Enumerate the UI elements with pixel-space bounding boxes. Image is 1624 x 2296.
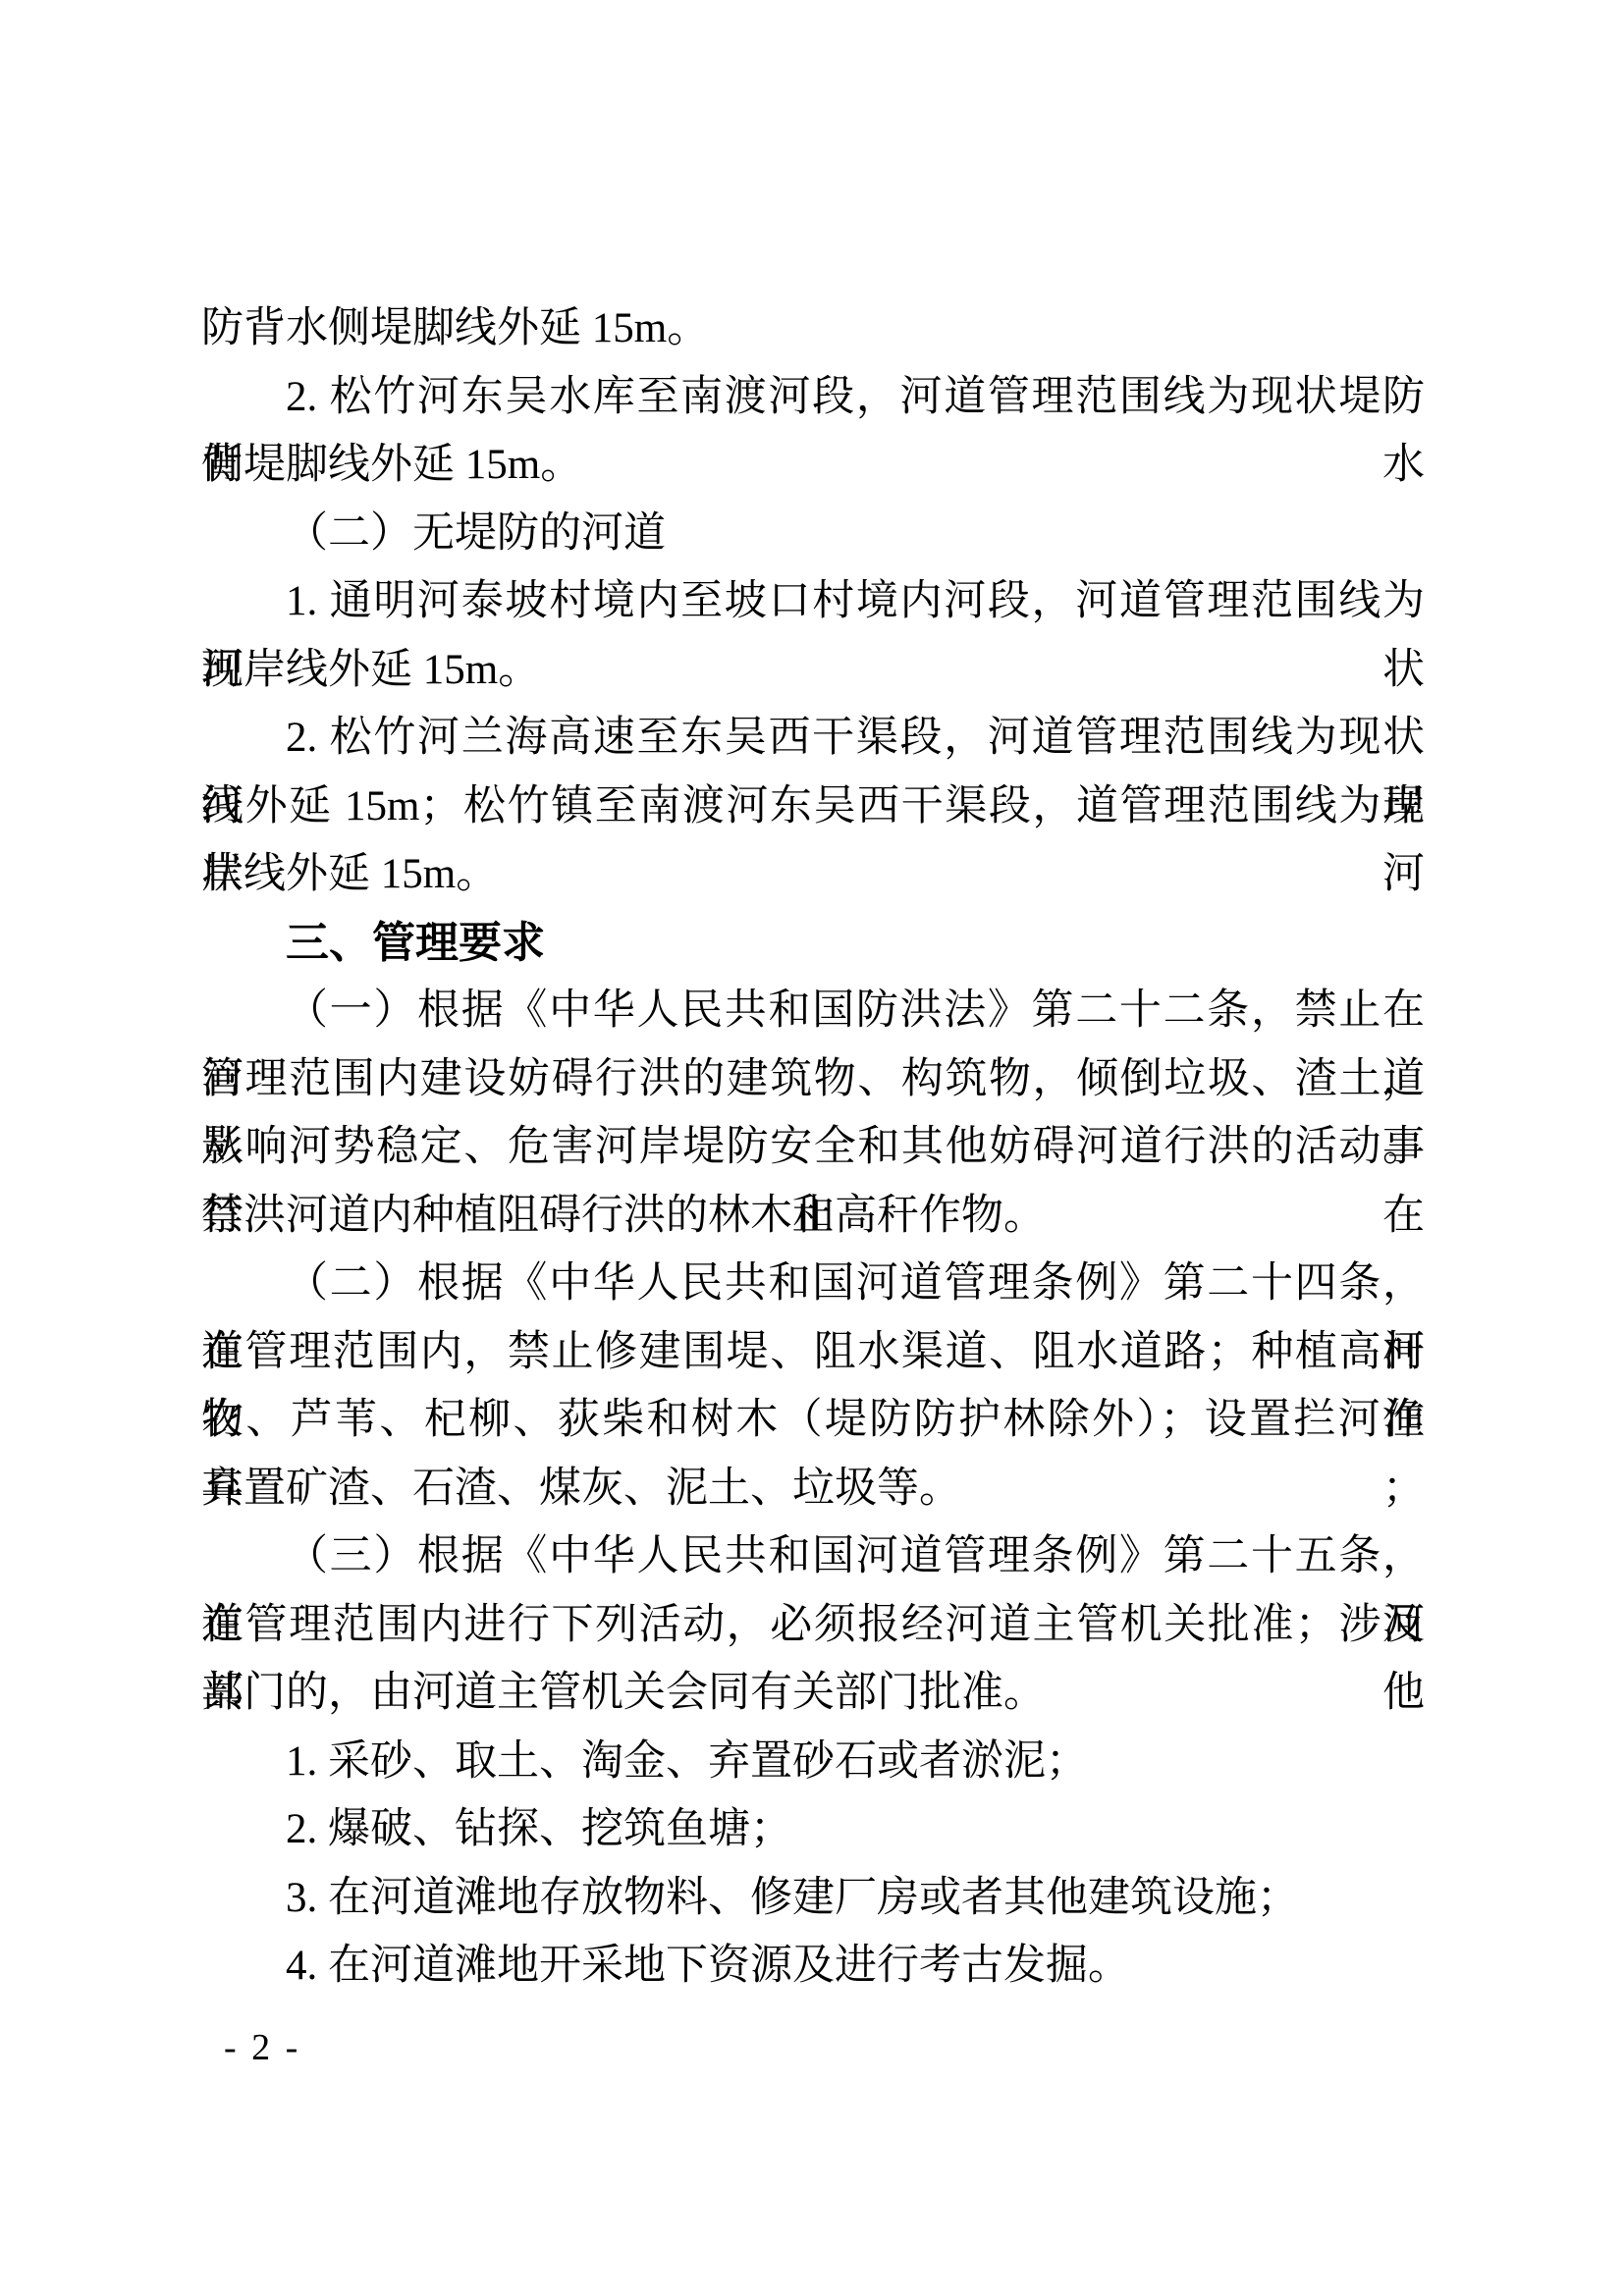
text-line: 3. 在河道滩地存放物料、修建厂房或者其他建筑设施； (201, 1864, 1425, 1933)
text-line: 道管理范围内，禁止修建围堤、阻水渠道、阻水道路；种植高杆农作 (201, 1318, 1425, 1387)
text-line: 防背水侧堤脚线外延 15m。 (201, 294, 1425, 363)
text-line: 道管理范围内进行下列活动，必须报经河道主管机关批准；涉及其他 (201, 1591, 1425, 1660)
text-line: 2. 松竹河东吴水库至南渡河段，河道管理范围线为现状堤防背水 (201, 363, 1425, 432)
text-line: （二）根据《中华人民共和国河道管理条例》第二十四条，在河 (201, 1250, 1425, 1318)
section-heading: 三、管理要求 (201, 909, 1425, 978)
text-line: （一）根据《中华人民共和国防洪法》第二十二条，禁止在河道 (201, 977, 1425, 1045)
document-page: 防背水侧堤脚线外延 15m。2. 松竹河东吴水库至南渡河段，河道管理范围线为现状… (0, 0, 1624, 2296)
page-number: - 2 - (224, 2024, 300, 2071)
text-line: 1. 采砂、取土、淘金、弃置砂石或者淤泥； (201, 1728, 1425, 1796)
text-line: （二）无堤防的河道 (201, 500, 1425, 568)
text-line: 2. 松竹河兰海高速至东吴西干渠段，河道管理范围线为现状河岸 (201, 704, 1425, 773)
document-body: 防背水侧堤脚线外延 15m。2. 松竹河东吴水库至南渡河段，河道管理范围线为现状… (201, 294, 1425, 2001)
text-line: 1. 通明河泰坡村境内至坡口村境内河段，河道管理范围线为现状 (201, 567, 1425, 636)
text-line: 2. 爆破、钻探、挖筑鱼塘； (201, 1795, 1425, 1864)
text-line: （三）根据《中华人民共和国河道管理条例》第二十五条，在河 (201, 1522, 1425, 1591)
text-line: 物、芦苇、杞柳、荻柴和树木（堤防防护林除外）；设置拦河渔具； (201, 1386, 1425, 1455)
text-line: 4. 在河道滩地开采地下资源及进行考古发掘。 (201, 1932, 1425, 2001)
text-line: 线外延 15m；松竹镇至南渡河东吴西干渠段，道管理范围线为现状河 (201, 773, 1425, 841)
text-line: 影响河势稳定、危害河岸堤防安全和其他妨碍河道行洪的活动。禁止在 (201, 1113, 1425, 1182)
text-line: 管理范围内建设妨碍行洪的建筑物、构筑物，倾倒垃圾、渣土，从事 (201, 1045, 1425, 1114)
